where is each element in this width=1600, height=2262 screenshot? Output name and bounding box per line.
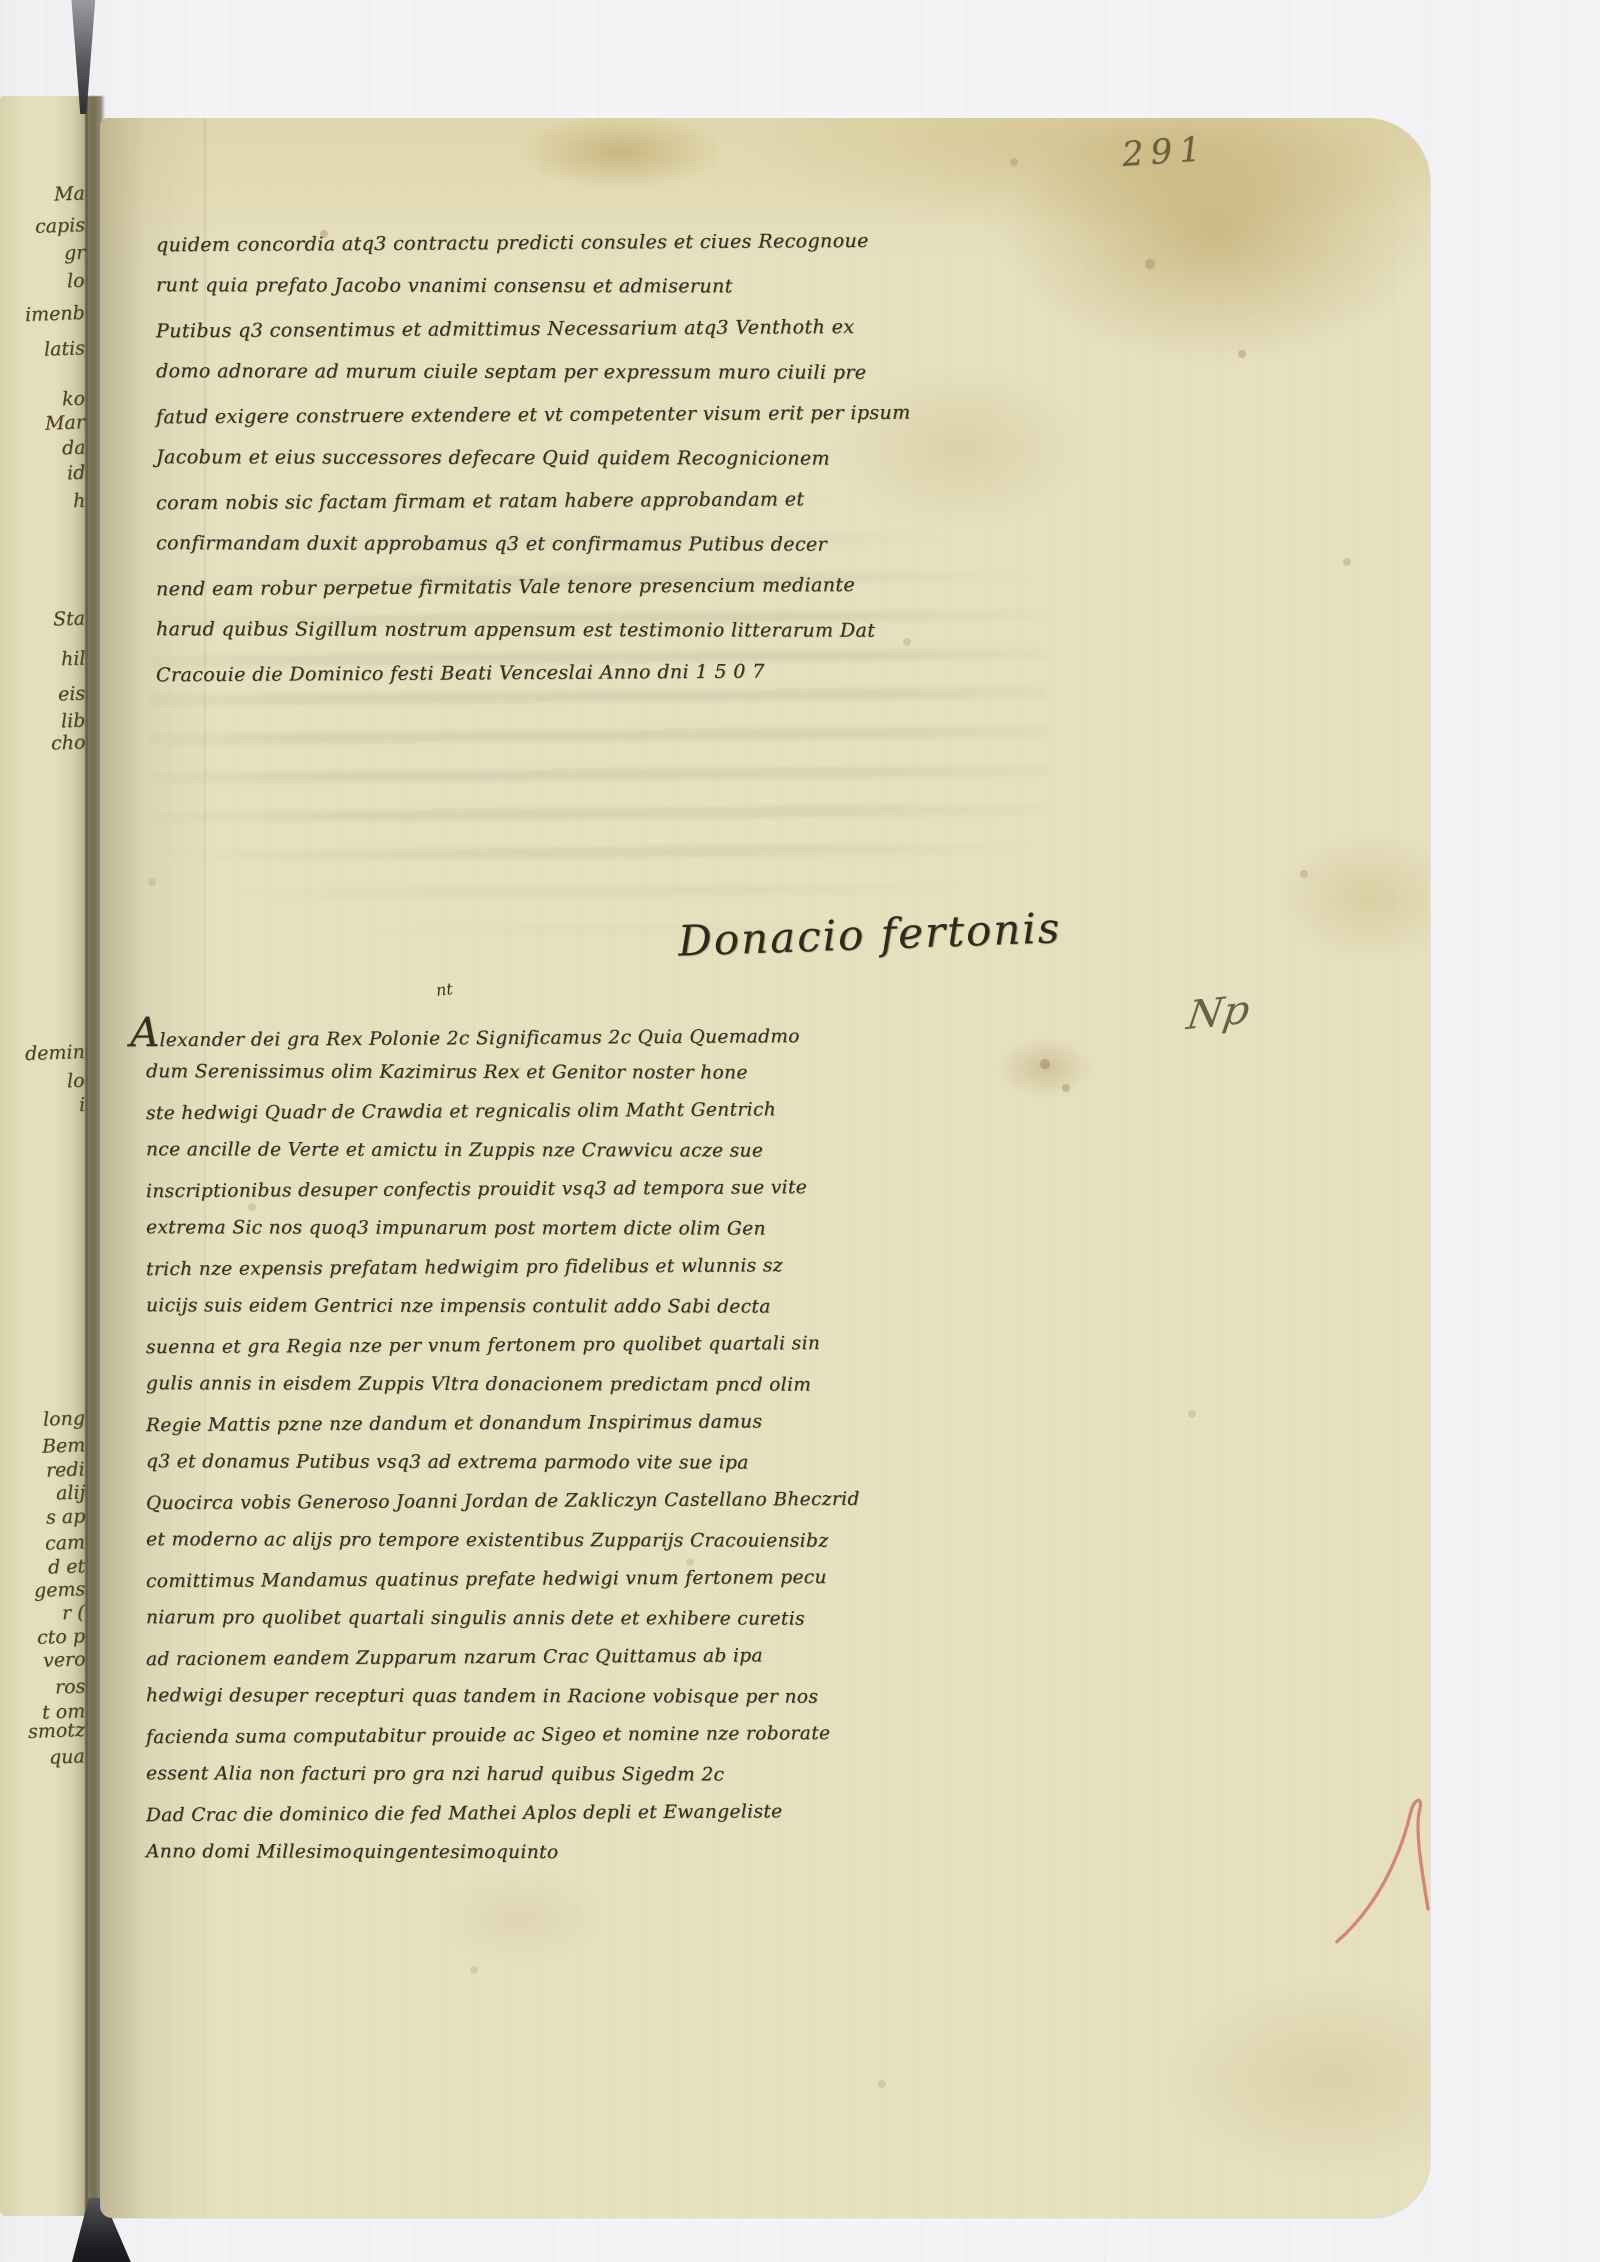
red-pencil-check-mark bbox=[1332, 1786, 1436, 1950]
facing-text-fragment: redi bbox=[46, 1458, 85, 1481]
facing-text-fragment: Sta bbox=[53, 607, 86, 630]
facing-text-fragment: cho bbox=[50, 731, 85, 754]
manuscript-line: gulis annis in eisdem Zuppis Vltra donac… bbox=[146, 1364, 860, 1404]
facing-page-text-fragments: MacapisgrloimenblatiskoMardaidhStahileis… bbox=[0, 0, 88, 2262]
manuscript-line: ad racionem eandem Zupparum nzarum Crac … bbox=[146, 1636, 860, 1679]
facing-text-fragment: s ap bbox=[45, 1505, 85, 1528]
facing-text-fragment: Bem bbox=[41, 1434, 85, 1457]
facing-text-fragment: cam bbox=[45, 1531, 86, 1554]
facing-text-fragment: long bbox=[43, 1407, 86, 1430]
facing-text-fragment: d et bbox=[48, 1555, 86, 1578]
manuscript-line: fatud exigere construere extendere et vt… bbox=[156, 392, 911, 440]
manuscript-line: inscriptionibus desuper confectis prouid… bbox=[146, 1168, 860, 1211]
facing-text-fragment: demin bbox=[25, 1041, 85, 1065]
manuscript-line: facienda suma computabitur prouide ac Si… bbox=[146, 1714, 860, 1757]
facing-text-fragment: Ma bbox=[54, 182, 86, 205]
margin-notary-mark: Np bbox=[1184, 987, 1252, 1039]
facing-text-fragment: gems bbox=[33, 1578, 85, 1602]
facing-text-fragment: id bbox=[66, 462, 85, 485]
manuscript-line: domo adnorare ad murum ciuile septam per… bbox=[156, 350, 911, 395]
facing-text-fragment: lo bbox=[67, 1070, 85, 1093]
facing-text-fragment: vero bbox=[42, 1648, 85, 1671]
manuscript-line: Anno domi Millesimoquingentesimoquinto bbox=[146, 1832, 860, 1872]
manuscript-line: dum Serenissimus olim Kazimirus Rex et G… bbox=[146, 1052, 860, 1092]
manuscript-line: trich nze expensis prefatam hedwigim pro… bbox=[146, 1246, 860, 1289]
facing-text-fragment: latis bbox=[44, 337, 86, 360]
paper-specks bbox=[100, 118, 104, 122]
manuscript-line: niarum pro quolibet quartali singulis an… bbox=[146, 1598, 860, 1638]
manuscript-line: comittimus Mandamus quatinus prefate hed… bbox=[146, 1558, 860, 1601]
facing-text-fragment: lib bbox=[60, 710, 85, 733]
manuscript-line: hedwigi desuper recepturi quas tandem in… bbox=[146, 1676, 860, 1716]
facing-text-fragment: capis bbox=[35, 214, 86, 238]
facing-text-fragment: lo bbox=[67, 270, 85, 293]
entry-donation-text-block: Alexander dei gra Rex Polonie 2c Signifi… bbox=[146, 1014, 860, 1872]
manuscript-line: uicijs suis eidem Gentrici nze impensis … bbox=[146, 1286, 860, 1326]
facing-text-fragment: gr bbox=[63, 242, 85, 265]
facing-text-fragment: imenb bbox=[25, 302, 85, 326]
facing-text-fragment: cto p bbox=[37, 1625, 86, 1649]
facing-text-fragment: h bbox=[72, 490, 85, 512]
manuscript-line: et moderno ac alijs pro tempore existent… bbox=[146, 1520, 860, 1560]
interlinear-note: nt bbox=[435, 979, 454, 1000]
facing-text-fragment: alij bbox=[55, 1481, 85, 1504]
facing-text-fragment: Mar bbox=[45, 411, 86, 434]
manuscript-line: Regie Mattis pzne nze dandum et donandum… bbox=[146, 1402, 860, 1445]
facing-text-fragment: da bbox=[61, 437, 85, 460]
manuscript-line: essent Alia non facturi pro gra nzi haru… bbox=[146, 1754, 860, 1794]
manuscript-line: coram nobis sic factam firmam et ratam h… bbox=[156, 478, 911, 526]
manuscript-line: quidem concordia atq3 contractu predicti… bbox=[156, 220, 911, 268]
facing-text-fragment: qua bbox=[49, 1745, 85, 1768]
facing-text-fragment: r ( bbox=[62, 1602, 85, 1625]
manuscript-line: ste hedwigi Quadr de Crawdia et regnical… bbox=[146, 1090, 860, 1133]
manuscript-line: nce ancille de Verte et amictu in Zuppis… bbox=[146, 1130, 860, 1170]
manuscript-line: nend eam robur perpetue firmitatis Vale … bbox=[156, 564, 911, 612]
manuscript-line: Jacobum et eius successores defecare Qui… bbox=[156, 436, 911, 481]
scan-backdrop: { "page": { "folio_number": "291", "head… bbox=[0, 0, 1600, 2262]
facing-text-fragment: eis bbox=[58, 683, 86, 706]
manuscript-line: Quocirca vobis Generoso Joanni Jordan de… bbox=[146, 1480, 860, 1523]
manuscript-line: Alexander dei gra Rex Polonie 2c Signifi… bbox=[146, 1012, 860, 1055]
facing-text-fragment: ko bbox=[62, 388, 86, 411]
entry-confirmation-text-block: quidem concordia atq3 contractu predicti… bbox=[156, 222, 911, 695]
manuscript-line: runt quia prefato Jacobo vnanimi consens… bbox=[156, 264, 911, 309]
facing-text-fragment: hil bbox=[60, 648, 85, 671]
facing-text-fragment: smotz bbox=[28, 1719, 86, 1743]
manuscript-line: harud quibus Sigillum nostrum appensum e… bbox=[156, 608, 911, 653]
manuscript-line: Dad Crac die dominico die fed Mathei Apl… bbox=[146, 1792, 860, 1835]
manuscript-line: confirmandam duxit approbamus q3 et conf… bbox=[156, 522, 911, 567]
folio-number: 291 bbox=[1121, 129, 1209, 175]
manuscript-line: Cracouie die Dominico festi Beati Vences… bbox=[156, 650, 911, 698]
manuscript-line: q3 et donamus Putibus vsq3 ad extrema pa… bbox=[146, 1442, 860, 1482]
manuscript-line: Putibus q3 consentimus et admittimus Nec… bbox=[156, 306, 911, 354]
manuscript-line: extrema Sic nos quoq3 impunarum post mor… bbox=[146, 1208, 860, 1248]
manuscript-line: suenna et gra Regia nze per vnum fertone… bbox=[146, 1324, 860, 1367]
manuscript-page: 291 quidem concordia atq3 contractu pred… bbox=[100, 118, 1430, 2218]
facing-text-fragment: ros bbox=[54, 1675, 85, 1698]
